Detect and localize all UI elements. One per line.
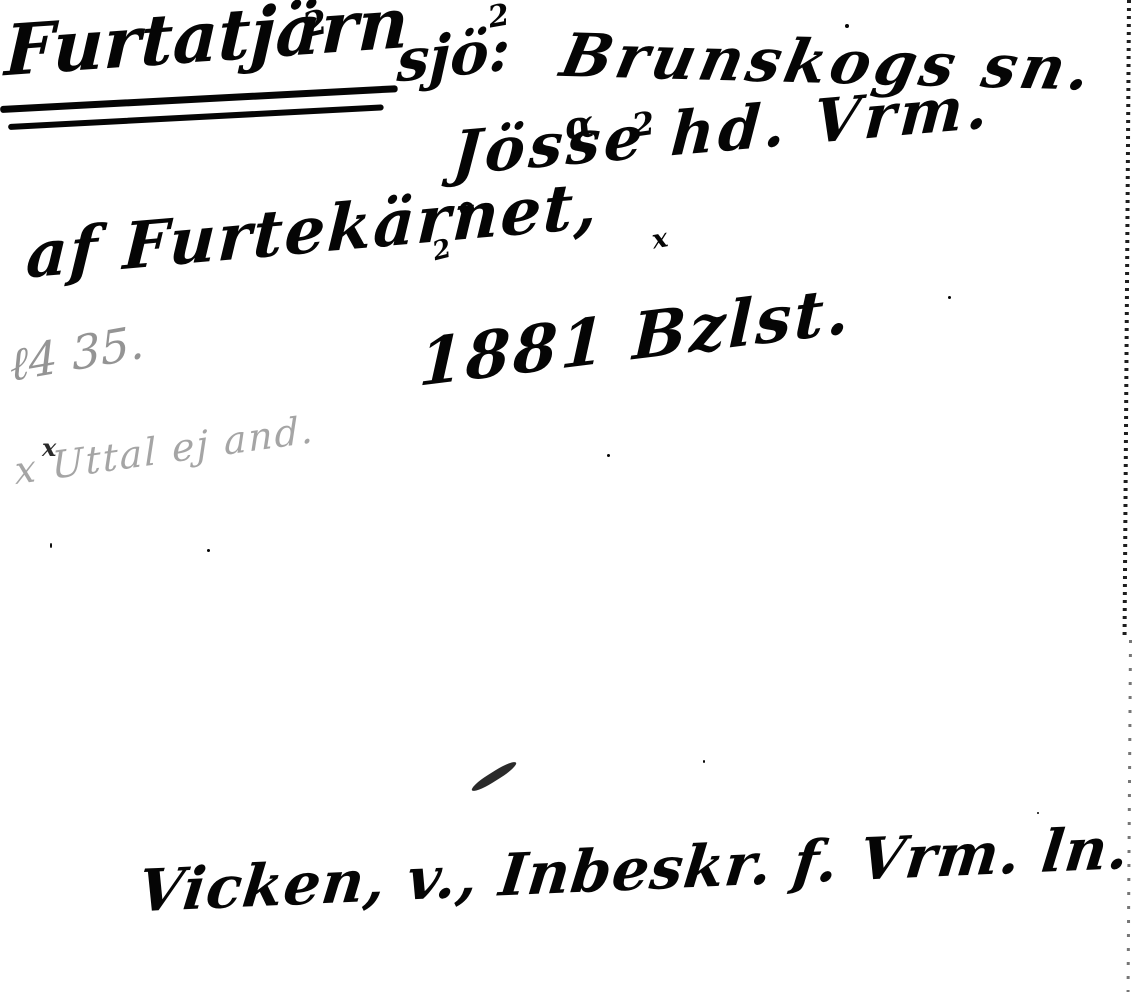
pencil-footnote: x Uttal ej and. (14, 410, 315, 490)
ink-speck (948, 296, 951, 299)
ink-speck (607, 454, 610, 457)
ink-speck (50, 543, 52, 548)
tone-mark-over-district: 2 (630, 107, 657, 142)
ink-speck (207, 549, 210, 552)
headword: Furtatjärn (4, 0, 410, 86)
pencil-shelf-number: ℓ4 35. (8, 318, 145, 388)
pencil-cross-mark: x (42, 436, 56, 460)
tone-mark-over-feature: 2 (486, 0, 512, 33)
ring-over-etymology: ° (455, 198, 481, 244)
archive-card: Furtatjärn sjö: Brunskogs sn. Jösse hd. … (0, 0, 1138, 992)
breve-over-district: ɑ (562, 104, 596, 146)
ink-speck (845, 24, 849, 28)
ink-speck (703, 760, 705, 763)
source-reference: Vicken, v., Inbeskr. f. Vrm. ln. (135, 819, 1132, 921)
ink-smudge (470, 759, 519, 794)
footnote-cross-mark: x (650, 225, 670, 253)
etymology-line: af Furtekärnet, (25, 174, 601, 289)
year-and-recorder: 1881 Bzlst. (418, 279, 853, 397)
scan-edge-artifact-top (1123, 0, 1131, 640)
ink-speck (1037, 812, 1039, 814)
